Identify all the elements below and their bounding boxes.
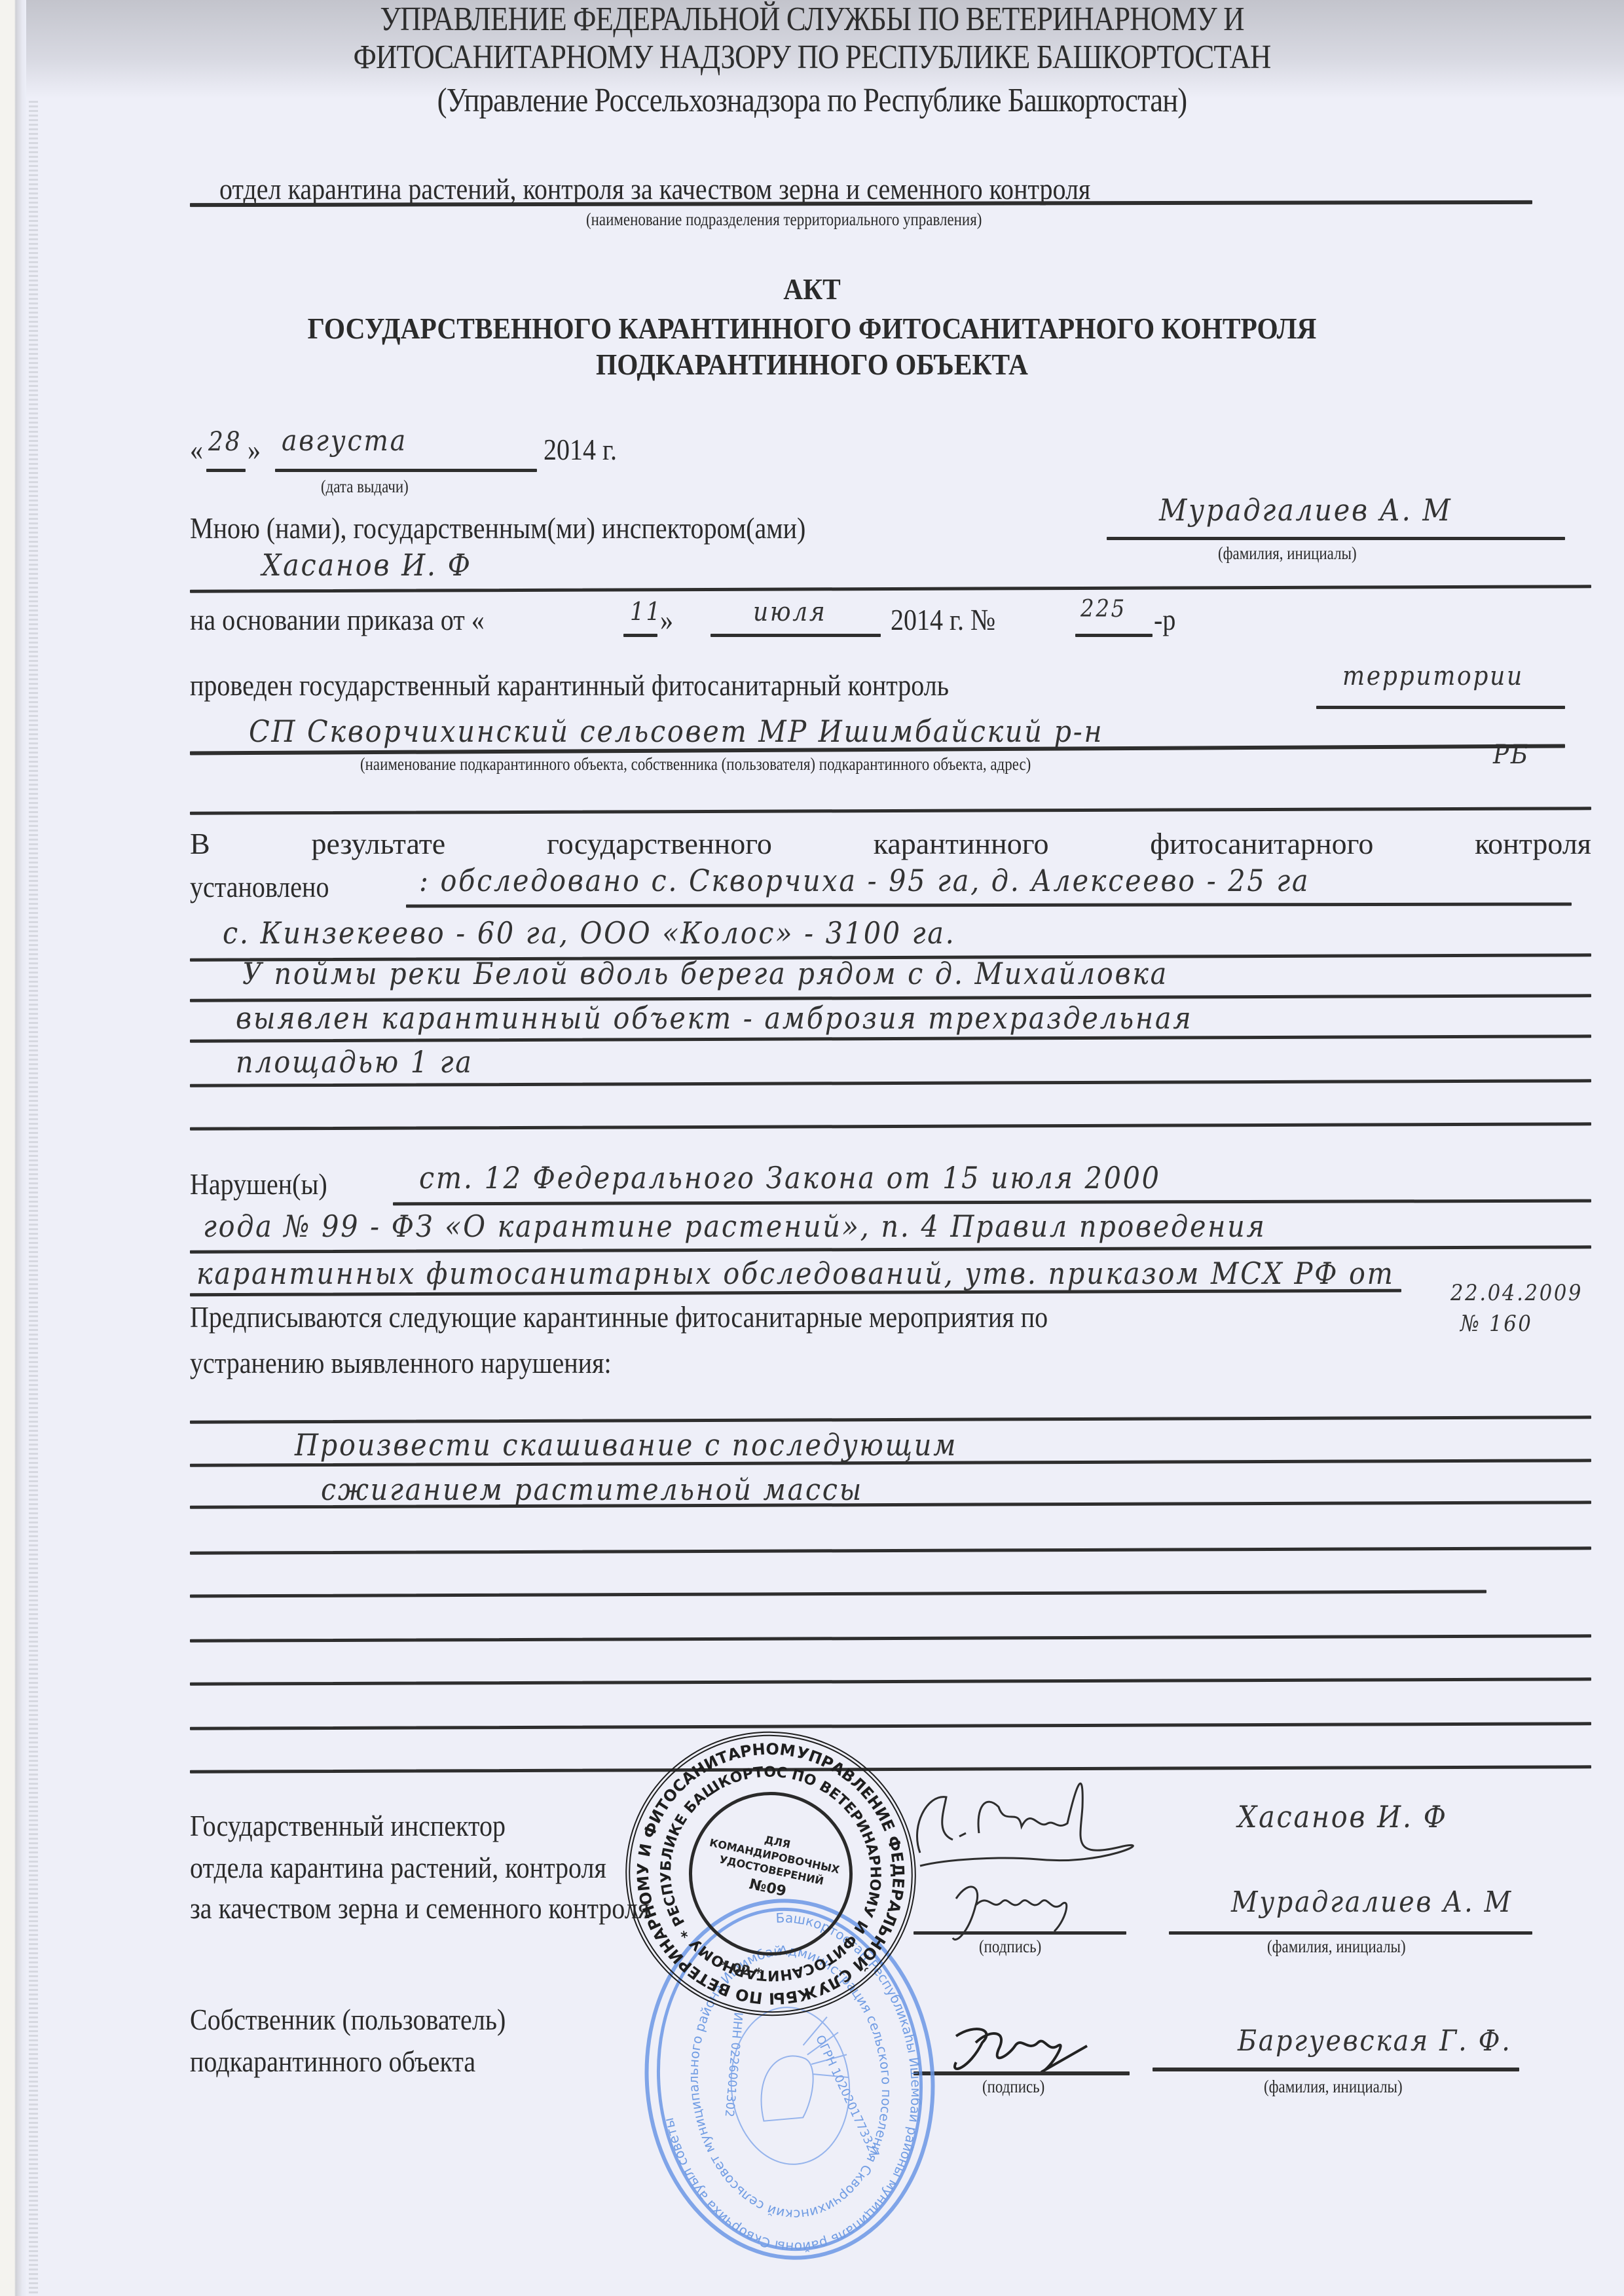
result-rule <box>190 1034 1591 1042</box>
violations-label: Нарушен(ы) <box>190 1167 327 1201</box>
result-label-line1: В результате государственного карантинно… <box>190 826 1591 861</box>
result-word: государственного <box>547 826 772 861</box>
date-month-value[interactable]: августа <box>282 424 407 458</box>
prescriptions-rule <box>190 1634 1591 1642</box>
scan-page-edge <box>0 0 26 2296</box>
control-rule1 <box>1316 706 1565 709</box>
result-rule <box>190 1079 1591 1087</box>
order-day-value[interactable]: 11 <box>630 597 662 626</box>
inspectors-caption: (фамилия, инициалы) <box>1218 543 1357 564</box>
violations-line[interactable]: года № 99 - ФЗ «О карантине растений», п… <box>203 1209 1266 1244</box>
inspector1-signature <box>907 1768 1182 1879</box>
order-label: на основании приказа от « <box>190 602 485 637</box>
inspector-name-rule <box>1169 1931 1532 1935</box>
inspector-signoff-label-line3: за качеством зерна и семенного контроля <box>190 1891 650 1925</box>
scan-binding-marks <box>29 0 38 2296</box>
prescriptions-line[interactable]: Произвести скашивание с последующим <box>295 1427 957 1463</box>
date-day-rule <box>206 469 246 472</box>
municipal-seal-ogrn: ОГРН 1020201773327 <box>813 2033 881 2160</box>
order-suffix: -р <box>1154 602 1175 637</box>
result-line[interactable]: У поймы реки Белой вдоль берега рядом с … <box>242 956 1168 991</box>
date-close-quote: » <box>248 432 261 467</box>
order-month-value[interactable]: июля <box>753 597 826 627</box>
violations-margin-number[interactable]: № 160 <box>1460 1311 1533 1337</box>
prescriptions-rule <box>190 1546 1591 1554</box>
result-label-line2: установлено <box>190 869 329 904</box>
control-value-line2[interactable]: СП Скворчихинский сельсовет МР Ишимбайск… <box>249 714 1103 749</box>
prescriptions-rule <box>190 1415 1591 1423</box>
control-caption: (наименование подкарантинного объекта, с… <box>360 754 1031 774</box>
prescriptions-rule <box>190 1677 1591 1685</box>
control-label: проведен государственный карантинный фит… <box>190 668 949 702</box>
violations-line[interactable]: карантинных фитосанитарных обследований,… <box>196 1256 1395 1291</box>
result-word: В <box>190 826 210 861</box>
act-title: АКТ <box>81 272 1543 306</box>
header-agency-line1: УПРАВЛЕНИЕ ФЕДЕРАЛЬНОЙ СЛУЖБЫ ПО ВЕТЕРИН… <box>114 0 1511 39</box>
prescriptions-label-line2: устранению выявленного нарушения: <box>190 1345 612 1380</box>
inspectors-rule1 <box>1107 537 1565 540</box>
inspector-sig-caption: (подпись) <box>979 1937 1041 1957</box>
order-number-value[interactable]: 225 <box>1080 596 1126 623</box>
date-day-value[interactable]: 28 <box>208 427 242 457</box>
act-title-line2: ГОСУДАРСТВЕННОГО КАРАНТИННОГО ФИТОСАНИТА… <box>81 311 1543 346</box>
violations-margin-date[interactable]: 22.04.2009 <box>1450 1280 1583 1306</box>
result-word: результате <box>311 826 445 861</box>
control-value-line1[interactable]: территории <box>1342 661 1524 691</box>
result-rule <box>406 902 1572 907</box>
order-close-quote: » <box>660 602 673 637</box>
inspector1-name[interactable]: Хасанов И. Ф <box>1238 1799 1448 1834</box>
inspector-sig-rule <box>913 1931 1126 1935</box>
inspectors-value-line1[interactable]: Мурадгалиев А. М <box>1159 492 1452 528</box>
order-year: 2014 г. № <box>891 602 995 637</box>
owner-signoff-label-line1: Собственник (пользователь) <box>190 2002 506 2037</box>
inspector-name-caption: (фамилия, инициалы) <box>1267 1937 1406 1957</box>
violations-rule <box>393 1199 1591 1206</box>
owner-name[interactable]: Баргуевская Г. Ф. <box>1238 2024 1512 2058</box>
act-title-line3: ПОДКАРАНТИННОГО ОБЪЕКТА <box>81 347 1543 382</box>
prescriptions-rule <box>190 1722 1591 1730</box>
owner-sig-rule <box>913 2071 1130 2075</box>
date-month-rule <box>275 469 537 472</box>
inspectors-label: Мною (нами), государственным(ми) инспект… <box>190 511 805 545</box>
order-month-rule <box>710 634 881 637</box>
prescriptions-line[interactable]: сжиганием растительной массы <box>321 1472 863 1507</box>
inspector2-name[interactable]: Мурадгалиев А. М <box>1231 1886 1513 1919</box>
inspector-signoff-label-line2: отдела карантина растений, контроля <box>190 1850 606 1885</box>
date-year: 2014 г. <box>544 432 617 467</box>
header-agency-line2: ФИТОСАНИТАРНОМУ НАДЗОРУ ПО РЕСПУБЛИКЕ БА… <box>114 38 1511 77</box>
date-caption: (дата выдачи) <box>321 477 409 497</box>
header-agency-short: (Управление Россельхознадзора по Республ… <box>114 81 1511 120</box>
owner-name-caption: (фамилия, инициалы) <box>1264 2077 1403 2097</box>
result-line[interactable]: выявлен карантинный объект - амброзия тр… <box>236 1000 1192 1036</box>
inspector-signoff-label-line1: Государственный инспектор <box>190 1808 506 1843</box>
department-caption: (наименование подразделения территориаль… <box>586 210 982 230</box>
date-open-quote: « <box>190 432 203 467</box>
result-line[interactable]: площадью 1 га <box>236 1044 473 1080</box>
owner-name-rule <box>1153 2068 1519 2071</box>
owner-sig-caption: (подпись) <box>982 2077 1044 2097</box>
result-word: карантинного <box>874 826 1049 861</box>
owner-signoff-label-line2: подкарантинного объекта <box>190 2044 475 2079</box>
result-word: фитосанитарного <box>1150 826 1373 861</box>
inspectors-value-line2[interactable]: Хасанов И. Ф <box>262 547 472 583</box>
order-day-rule <box>623 634 657 637</box>
result-word: контроля <box>1475 826 1591 861</box>
result-line[interactable]: : обследовано с. Скворчиха - 95 га, д. А… <box>419 863 1310 898</box>
violations-rule <box>190 1245 1591 1253</box>
result-rule <box>190 1122 1591 1130</box>
inspectors-rule2 <box>190 585 1591 592</box>
control-rule3 <box>190 807 1591 814</box>
prescriptions-label-line1: Предписываются следующие карантинные фит… <box>190 1300 1048 1334</box>
order-number-rule <box>1075 634 1153 637</box>
violations-line[interactable]: ст. 12 Федерального Закона от 15 июля 20… <box>419 1160 1161 1195</box>
result-line[interactable]: с. Кинзекеево - 60 га, ООО «Колос» - 310… <box>223 915 956 951</box>
prescriptions-rule <box>190 1590 1486 1598</box>
